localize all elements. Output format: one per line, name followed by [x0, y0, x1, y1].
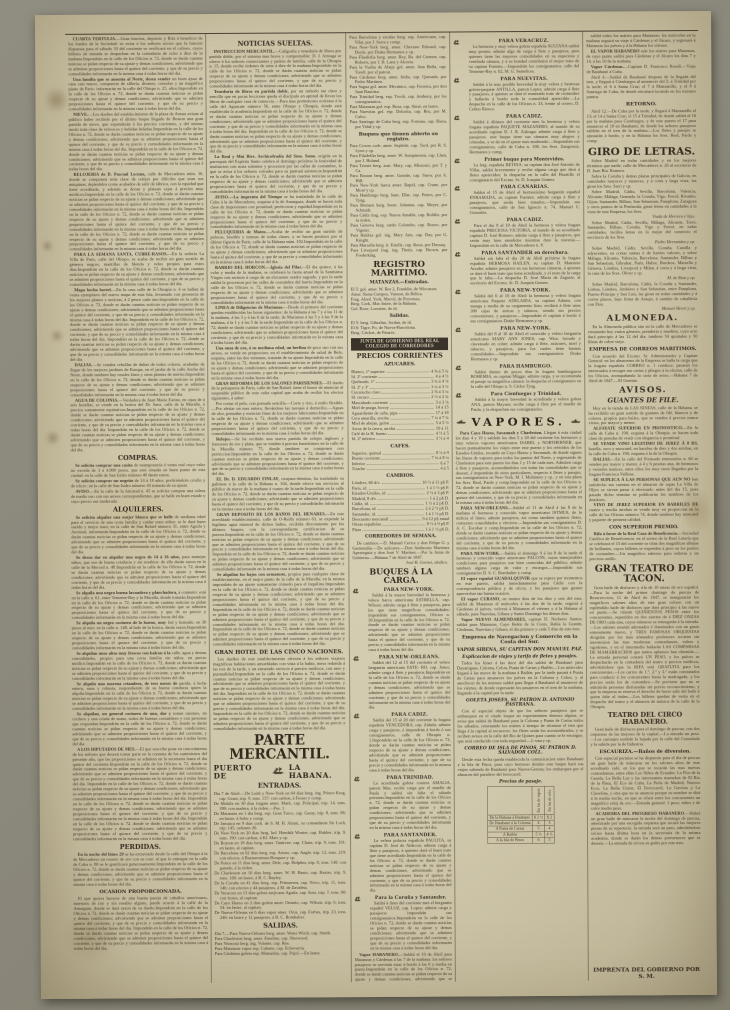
fares-header-row: En los de vapor.En los de vela. [487, 786, 554, 815]
body-paragraph: Sobre Madrid, Cádiz, Sevilla, Barcelona,… [587, 189, 697, 219]
column-text-flow: CUARTA TERTULIA.—Gran funcion, depósito … [68, 36, 208, 984]
filler-text: Impondrán en la calle de los Oficios n. … [370, 915, 452, 950]
ship-advertisement: PARA CADIZ.Saldrá á últimos del corrient… [453, 113, 579, 155]
ship-ad-body: PARA CADIZ.Saldrá del 15 al 20 del corri… [368, 712, 450, 773]
body-paragraph: Gran baile de disfraces para el domingo … [590, 727, 700, 748]
fox-spot [46, 430, 60, 446]
body-paragraph: El vapor español GUADALQUIVIR que se esp… [456, 576, 582, 597]
body-paragraph: Se alquila un negro cocinero de lo bueno… [72, 620, 207, 651]
ship-ad-body: PARA CADIZ.Para el dia 8 al 10 de Abril … [469, 217, 580, 249]
filler-text: Impondrán en la calle de los Oficios n. … [368, 737, 450, 772]
list-item: Berg. Cricket, de Panzós. [350, 330, 447, 336]
ship-ad-body: PARA SANTANDER.La velera polacra español… [369, 832, 451, 893]
ship-ad-body: PARA CANARIAS.Saldrá el 15 de Abril el h… [469, 184, 580, 216]
paragraph-text: —Habrá un gran baile de máscaras la noch… [590, 810, 700, 845]
price-list: Superior, quintal8 ½ á 9Bueno corriente7… [351, 450, 448, 471]
body-paragraph: SE SUPLICA Á LAS PERSONAS QUE AUN NO han… [588, 477, 698, 503]
body-paragraph: Los dueños de este establecimiento ofrec… [213, 656, 345, 731]
sailing-ship-icon [453, 38, 467, 74]
section-header: NOTICIAS SUELTAS. [210, 40, 342, 48]
list-item: Para Liverpool frag. ing. Thetis, cap. B… [350, 247, 447, 258]
dot-leader [375, 379, 429, 383]
column-layout: CUARTA TERTULIA.—Gran funcion, depósito … [65, 31, 704, 984]
paragraph-text: Saldrá dentro de pocos dias la fragata h… [470, 368, 580, 389]
dot-leader [366, 460, 438, 464]
page-content-frame: CUARTA TERTULIA.—Gran funcion, depósito … [65, 30, 704, 984]
body-paragraph: ALFAYATE SUPERIOR EN PRONOSTICO.—En la c… [588, 426, 697, 442]
section-header: MATANZAS.—Entradas. [350, 280, 447, 285]
dot-leader [387, 490, 424, 494]
vapores-title: VAPORES. [471, 415, 565, 429]
ship-ad-body: PARA NEW-YORK.Saldrá á la mayor brevedad… [368, 586, 450, 652]
filler-text: Impondrán en la calle de los Oficios n. … [213, 531, 345, 572]
paragraph-text: Gran baile de disfraces para el domingo … [590, 726, 699, 747]
sailing-ship-icon [353, 712, 367, 773]
filler-text: Impondrán en la calle de los Oficios n. … [213, 581, 345, 646]
ship-advertisement: PARA CADIZ.Para el dia 8 al 10 de Abril … [454, 217, 580, 249]
body-paragraph: De cambios.—D. Manuel Cerice y don Felip… [352, 540, 449, 565]
steamship-icon [570, 419, 581, 425]
ship-advertisement: PARA NEW-ORLEANS.Saldrá del 12 al 15 del… [352, 654, 450, 710]
section-header: GOLETA JOSEFA, SU PATRON D. ANTONIO PAST… [457, 698, 583, 708]
filler-text: Impondrán en la calle de los Oficios n. … [72, 690, 207, 711]
body-paragraph: Sobre Madrid, Barcelona, Cádiz, la Coruñ… [587, 281, 697, 311]
price-label: Triache [351, 466, 364, 471]
ship-ad-text: Saldrá del 15 al 20 del corriente la fra… [368, 718, 450, 773]
body-paragraph: Se desea dar en alquiler una negra de 14… [71, 555, 206, 591]
section-header: REGISTRO MARITIMO. [350, 260, 447, 278]
dot-leader [376, 436, 434, 440]
paragraph-text: Sobre Madrid, Barcelona, Cádiz, la Coruñ… [587, 281, 696, 307]
paragraph-text: Con el especial objeto de que los señore… [457, 708, 583, 744]
paragraph-text: Hoy en la tienda de LAS NINFAS, calle de… [588, 405, 697, 426]
price-value: 3 ½ á 4 [435, 436, 448, 441]
section-header: CORREO DE ISLA DE PINOS, SU PATRON D. SA… [457, 746, 583, 756]
body-paragraph: Sobre Madrid en todas cantidades y en lo… [586, 158, 695, 174]
ship-ad-body: PARA NEW-YORK.Saldrá del 8 al 10 de Abri… [470, 325, 581, 361]
dot-leader [366, 466, 438, 470]
printer-imprint-line: IMPRENTA DEL GOBIERNO POR S. M. [591, 966, 700, 980]
ship-advertisement: PARA VERACRUZ.La hermosa y muy velera go… [453, 38, 579, 75]
fares-cell: 5 [544, 837, 554, 843]
column-text-flow: NOTICIAS SUELTAS.INSTRUCCION MERCANTIL.—… [210, 40, 348, 983]
paragraph-text: Con acuerdo del Excmo. Sr. Administrador… [588, 353, 698, 384]
paragraph-text: Sobre Madrid en todas cantidades y en lo… [587, 158, 696, 174]
sailing-ship-icon [352, 587, 366, 653]
section-header: Salidas. [350, 314, 447, 319]
price-row: Id. 2ª inferior3 ½ á 4 [351, 436, 448, 442]
dot-leader [382, 450, 434, 454]
body-paragraph: VINO DE JEREZ SUPERIOR EN BARRILES DE cu… [589, 502, 699, 523]
body-paragraph: PARA LA SEMANA SANTA, CUBRE-RASOS.—En la… [69, 252, 204, 288]
body-paragraph: Vapor HABANERO.—Saldrá el 10 de Abril pa… [354, 952, 451, 982]
body-paragraph: La Real y Mui Iltre. Archicofradía del S… [210, 154, 342, 195]
ship-ad-text: Saldrá á últimos del corriente mes la he… [469, 119, 580, 154]
filler-text: Impondrán en la calle de los Oficios n. … [68, 55, 203, 76]
list-item: Gol. Rose, Lorraine, de id. [350, 306, 447, 312]
section-header: PRECIOS CORRIENTES [351, 352, 448, 359]
dot-leader [390, 420, 434, 424]
body-paragraph: Sobre Madrid, Cádiz, Sevilla, Málaga, Al… [587, 220, 697, 246]
filler-text: Impondrán en la calle de los Oficios n. … [210, 108, 342, 154]
ship-ad-text: Saldrá dentro de pocos dias la fragata h… [470, 369, 581, 390]
ship-ad-text: La velera polacra española PAULITA, su c… [369, 838, 451, 893]
paragraph-text: cuatro y media arrobas se vende muy en p… [589, 507, 698, 523]
ship-advertisement: PARA NEW-YORK.Saldrá del 6 al 10 de Abri… [454, 287, 580, 324]
filler-text: Impondrán en la calle de los Oficios n. … [369, 852, 451, 892]
port-of-havana-header: PUERTO DELA HABANA. [214, 763, 346, 780]
list-item: De Nueva-Orleans en 6 dias vapor amer. O… [215, 910, 347, 921]
body-paragraph: Gran baile de disfraces y rifa de 10 onz… [589, 585, 699, 710]
ship-ad-text: La frag. española BETINA, su capitan don… [469, 162, 580, 183]
ship-ad-text: Saldrá á fines del corriente mes el berg… [369, 901, 451, 951]
sailing-ship-icon [455, 364, 469, 390]
newspaper-column-1: CUARTA TERTULIA.—Gran funcion, depósito … [65, 34, 212, 984]
section-header: EMPRESA DE CORREOS MARITIMOS. [588, 347, 697, 353]
dot-leader [389, 516, 420, 520]
fares-header-cell: En los de vela. [544, 786, 554, 815]
dot-leader [370, 501, 423, 505]
paragraph-text: Saldrá el 15 de Abril el hermosísimo ber… [469, 189, 579, 215]
section-header: Precios de pasaje. [457, 779, 583, 784]
ship-ad-text: Para el dia 8 al 10 de Abril la hermosa … [469, 223, 580, 249]
body-paragraph: PARA NEW-ORLEANS.—Saldrá el 11 de Abril … [456, 505, 582, 550]
sailing-ship-icon [454, 217, 468, 248]
section-header: ALMONEDA. [587, 314, 696, 324]
ship-advertisement: PARA CADIZ.Saldrá del 15 al 20 del corri… [353, 712, 451, 773]
paragraph-text: Sobre la Coruña y demas plazas principal… [587, 173, 696, 189]
section-header: ESCAURIZA.—Baños de diversion. [590, 749, 699, 755]
section-header: GIRO DE LETRAS. [586, 146, 695, 158]
body-paragraph: Una onza de oro, ó su mediana edad, un b… [211, 345, 343, 381]
paragraph-text: Sobre Madrid, Cádiz, Sevilla, Málaga, Al… [587, 219, 696, 240]
dot-leader [390, 405, 434, 409]
paragraph-text: Desde esta fecha queda establecida la co… [457, 756, 583, 777]
dot-leader [369, 384, 429, 388]
body-paragraph: Por cortar el pelo, con pomada sencilla.… [212, 401, 344, 437]
body-paragraph: GRAN DEPOSITO DE LOS BAÑOS DEL HENARES.—… [213, 512, 345, 572]
dot-leader [381, 389, 429, 393]
body-paragraph: ACADEMIA DEL PROGRESO HABANERO.—Habrá un… [590, 811, 700, 846]
body-paragraph: Se solicita comprar una casita de mampos… [71, 463, 206, 479]
paragraph-text: Abril 12.—De Cuba por la tarde, y llegar… [586, 108, 696, 143]
newspaper-column-2: NOTICIAS SUELTAS.INSTRUCCION MERCANTIL.—… [207, 33, 352, 983]
dot-leader [382, 521, 424, 525]
body-paragraph: NIEVE.—Los dueños del establecimiento de… [69, 112, 204, 172]
ship-advertisement: PARA NEW-YORK.Saldrá á la mayor brevedad… [352, 586, 450, 652]
dot-leader [390, 415, 430, 419]
section-header: RETORNO. [586, 102, 695, 108]
newspaper-column-3: Para Barcelona y escalas berg. esp. Amer… [346, 33, 456, 983]
ship-ad-text: Saldrá á la mayor brevedad la hermosa y … [368, 592, 450, 652]
sailing-ship-icon [455, 326, 469, 362]
ship-ad-text: Saldrá el 15 de Abril el hermosísimo ber… [469, 190, 580, 216]
sailing-ship-icon [454, 157, 468, 183]
fares-cell: 4 ½ [544, 832, 554, 838]
section-header: GUANTES DE FILE. [588, 397, 697, 404]
body-paragraph: Con acuerdo del Excmo. Sr. Administrador… [588, 353, 698, 383]
ship-advertisement: PARA SANTANDER en derechura.Saldrá sin f… [454, 250, 580, 287]
dot-leader [378, 506, 424, 510]
sailing-ship-icon [353, 775, 367, 831]
body-paragraph: El que quiera hacerse de una buena parej… [73, 896, 208, 951]
filler-text: Impondrán en la calle de los Oficios n. … [70, 266, 205, 287]
section-header: PARTE MERCANTIL. [214, 733, 346, 762]
paragraph-text: Saldrá á últimos del corriente mes la he… [469, 119, 580, 154]
price-value: 4 á 5 [440, 466, 449, 471]
steamship-icon [456, 419, 467, 425]
price-list: Lóndres, 60 d/v.10 ½ á 11 p§ P.Paris, id… [351, 480, 449, 532]
ship-ad-body: PARA NUEVITAS.Saldrá á la mas posible br… [469, 76, 580, 112]
body-paragraph: Con especial permiso se ha dispuesto par… [590, 756, 700, 811]
paragraph-text: —Sociedad Católica de Beneficencia: en e… [589, 531, 699, 562]
body-paragraph: Mapa hecho bortel.—En la casa calle de l… [70, 287, 205, 362]
section-header: AVISOS. [588, 386, 697, 396]
harbor-ship-vignette-icon [271, 767, 286, 777]
ship-advertisement: PARA NUEVITAS.Saldrá á la mas posible br… [453, 76, 579, 113]
body-paragraph: Desde esta fecha queda establecida la co… [457, 757, 583, 778]
body-paragraph: Con el especial objeto de que los señore… [457, 708, 583, 744]
section-header: COMPRAS. [71, 454, 206, 462]
ship-advertisement: Primer buque para Montevideo.La frag. es… [454, 156, 580, 183]
paragraph-text: saldrá todos los mártes para Matanzas; l… [586, 33, 695, 49]
dot-leader [398, 410, 433, 414]
body-paragraph: Sobre la Coruña y demas plazas principal… [587, 174, 696, 190]
body-paragraph: CUARTA TERTULIA.—Gran funcion, depósito … [68, 36, 203, 77]
body-paragraph: Teneduría de libros en partida doble, po… [210, 89, 342, 154]
fares-header-cell: En los de vapor. [532, 786, 545, 815]
sailing-ship-icon [354, 833, 368, 894]
ship-ad-body: PARA VERACRUZ.La hermosa y muy velera go… [468, 38, 579, 74]
paragraph-text: Saldrá del 6 al 10 de Abril la hermosa y… [470, 293, 581, 324]
body-paragraph: DALIAS.—En la calle del Prensado entresu… [588, 457, 698, 478]
body-paragraph: Vapor Cárdenas.—Capitan D. Francisco Ros… [586, 64, 695, 75]
body-paragraph: Se alquilan los bajos con armatoste, pro… [213, 572, 345, 647]
filler-text: Impondrán en la calle de los Oficios n. … [369, 795, 451, 830]
body-paragraph: EL VAPOR HABANERO sale los mártes para M… [586, 48, 695, 64]
section-header: Explicacion de viajes y tarifa de fletes… [457, 654, 583, 659]
body-paragraph: DALIAS.—Se venden cebollas de dalias de … [70, 362, 205, 398]
body-paragraph: Se alquila una negra buena lavandera y p… [72, 590, 207, 621]
body-paragraph: saldrá todos los mártes para Matanzas; l… [586, 33, 695, 49]
section-header: TEATRO DEL CIRCO HABANERO. [590, 712, 699, 726]
body-paragraph: Relojes.—Se ha recibido una nueva partid… [212, 436, 344, 477]
paragraph-text: De cambios.—D. Manuel Cerice y don Felip… [352, 540, 449, 560]
body-paragraph: Se alquilan, un general cocinero de una,… [72, 711, 207, 747]
section-header: Empresa de Navegacion y Comercio en la C… [456, 634, 582, 645]
column-text-flow: Para Barcelona y escalas berg. esp. Amer… [349, 35, 452, 983]
body-paragraph: Se solicita alquilar una mujer blanca qu… [71, 514, 206, 555]
filler-text: Impondrán en la calle de los Oficios n. … [73, 761, 208, 841]
section-header: ALQUILERES. [71, 506, 206, 514]
paragraph-text: botella, seco y moscatel, en barriles de… [588, 446, 697, 457]
dot-leader [381, 455, 430, 459]
body-paragraph: GRAN REFORMA DE LOS SALONES PARISIENSES.… [212, 380, 344, 401]
newspaper-page: CUARTA TERTULIA.—Gran funcion, depósito … [35, 11, 717, 999]
price-label: Plata [352, 527, 361, 532]
sailing-ship-icon [453, 76, 467, 112]
sailing-ship-icon [354, 895, 368, 951]
filler-text: Impondrán en la calle de los Oficios n. … [69, 126, 204, 172]
body-paragraph: BARRIO DEL HORCON.—Iglesia del Pilar.—El… [211, 265, 343, 306]
paragraph-text: La hermosa y muy velera goleta española … [468, 43, 579, 74]
ship-ad-body: PARA HAMBURGO.Saldrá dentro de pocos dia… [470, 363, 581, 390]
ship-advertisement: Para la Coruña y Santander.Saldrá á fine… [354, 895, 452, 951]
fares-row: A la Isla de Pinos65 [487, 837, 554, 843]
body-paragraph: PARA NEW-YORK.—Saldrá el domingo 9 á las… [456, 551, 582, 577]
paragraph-text: En la Almoneda pública sita en la calle … [588, 324, 697, 345]
sailing-ship-icon [455, 392, 469, 413]
signature: Manuel Henri y cp. [587, 306, 695, 312]
body-paragraph: Una familia que se ausenta al Norte, des… [68, 76, 203, 112]
fares-cell: $ 2 ½ [532, 815, 545, 821]
dot-leader [368, 485, 424, 489]
paragraph-text: Sobre Madrid, Cádiz, Sevilla, Barcelona,… [587, 188, 696, 214]
filler-text: Impondrán en la calle de los Oficios n. … [69, 191, 204, 251]
ship-ad-text: Saldrá del 6 al 10 de Abril la hermosa y… [470, 293, 581, 323]
body-paragraph: LINEA de Diligencias de Marianao.—Desde … [211, 305, 343, 346]
fox-spot [42, 240, 52, 252]
section-header: CAMBIOS. [351, 473, 448, 479]
ship-advertisement: Para Cienfuegos y Trinidad.Saldrá á la m… [455, 391, 581, 413]
sailing-ship-icon [454, 185, 468, 216]
ship-ad-text: La acreditada goleta costera AMALIA, pat… [369, 780, 451, 830]
filler-text: Impondrán en la calle de los Oficios n. … [73, 905, 208, 951]
body-paragraph: AGUA DE COLONIA.—Verdadera de Juan María… [70, 397, 205, 452]
filler-text: Impondrán en la calle de los Oficios n. … [214, 670, 346, 730]
paragraph-text: Saldrá á la mas posible brevedad la muy … [469, 81, 580, 112]
section-header: BUQUES Á LA CARGA. [352, 568, 449, 585]
price-list: Blanco, 1ª superior4 ⅝ á 5 ¾Id. 2ª corri… [351, 368, 449, 441]
ship-ad-body: PARA NEW-ORLEANS.Saldrá del 12 al 15 del… [368, 654, 450, 710]
fares-header-cell [487, 786, 532, 815]
ship-ad-body: PARA SANTANDER en derechura.Saldrá sin f… [470, 250, 581, 286]
paragraph-text: Saldrá á la mayor brevedad la acreditada… [471, 396, 581, 412]
signature: José B. Gornet, síndico. [352, 560, 448, 566]
paragraph-text: Con especial permiso se ha dispuesto par… [590, 755, 700, 810]
price-value: 1 á 1 ½ p§ D. [425, 526, 449, 531]
section-header: GRAN TEATRO DE TACON. [589, 563, 699, 584]
filler-text: Impondrán en la calle de los Oficios n. … [368, 617, 450, 652]
ship-ad-body: Para la Coruña y Santander.Saldrá á fine… [369, 895, 451, 951]
dot-leader [378, 374, 433, 378]
filler-text: Impondrán en la calle de los Oficios n. … [70, 296, 205, 361]
sailing-ship-icon [352, 655, 366, 711]
body-paragraph: En la Almoneda pública sita en la calle … [587, 324, 697, 345]
price-row: Plata1 á 1 ½ p§ D. [352, 526, 449, 532]
dot-leader [396, 425, 434, 429]
ship-advertisement: PARA CANARIAS.Saldrá el 15 de Abril el h… [454, 184, 580, 216]
body-paragraph: Hoy en la tienda de LAS NINFAS, calle de… [588, 405, 698, 426]
newspaper-column-5: saldrá todos los mártes para Matanzas; l… [583, 31, 704, 981]
ship-ad-text: La hermosa y muy velera goleta española … [468, 44, 579, 74]
body-paragraph: Para Cayo Hueso, Savannah y Charleston. … [455, 430, 581, 505]
inverted-banner: JUNTA DE GOBIERNO DEL REAL COLEGIO DE CO… [350, 337, 447, 350]
ship-ad-body: Primer buque para Montevideo.La frag. es… [469, 156, 580, 183]
stain [45, 85, 67, 115]
vapores-header: VAPORES. [455, 415, 581, 429]
section-header: SALIDAS. [215, 922, 347, 930]
body-paragraph: Se alquila una morena criandera, de tres… [72, 681, 207, 712]
filler-text: Impondrán en la calle de los Oficios n. … [212, 451, 344, 477]
dot-leader [386, 368, 429, 372]
section-header: Buques que tienen abierto su registro. [349, 131, 446, 142]
section-header: GRAN HOTEL DE LAS CINCO NACIONES. [213, 649, 345, 656]
ship-ad-text: Saldrá á la mas posible brevedad la muy … [469, 82, 580, 112]
price-label: Id. 2ª inferior [351, 436, 375, 441]
dot-leader [381, 480, 420, 484]
dot-leader [370, 394, 429, 398]
newspaper-column-4: PARA VERACRUZ.La hermosa y muy velera go… [450, 32, 589, 982]
price-row: Triache4 á 5 [351, 466, 448, 472]
fares-cell: 6 [532, 837, 545, 843]
scan-background: CUARTA TERTULIA.—Gran funcion, depósito … [0, 0, 730, 1010]
sailing-ship-icon [454, 288, 468, 324]
section-header: CAFES. [351, 443, 448, 449]
body-paragraph: AVISO.—La imprenta del Tiempo se ha tras… [211, 194, 343, 230]
filler-text: Impondrán en la calle de los Oficios n. … [354, 966, 451, 982]
fares-table: En los de vapor.En los de vela.De la Hab… [487, 786, 554, 844]
puerto-left-text: PUERTO DE [214, 764, 267, 781]
body-paragraph: PELUQUERIA de Mateo.—Acaba de recibir un… [211, 229, 343, 265]
section-header: ENTRADAS. [214, 782, 346, 790]
puerto-right-text: LA HABANA. [289, 763, 346, 780]
section-header: PERDIDAS. [73, 843, 208, 851]
paragraph-text: Saldrá sin falta el dia 20 de Abril próx… [470, 255, 581, 286]
filler-text: Impondrán en la calle de los Oficios n. … [70, 407, 205, 453]
body-paragraph: RELOJERIA de D. Pascual Lecuna, calle de… [69, 172, 204, 252]
sailing-ship-icon [454, 250, 468, 286]
dot-leader [378, 495, 428, 499]
fares-cell: A la Isla de Pinos [487, 837, 532, 843]
ship-advertisement: PARA SANTANDER.La velera polacra español… [354, 832, 452, 893]
ship-advertisement: PARA NEW-YORK.Saldrá del 8 al 10 de Abri… [455, 325, 581, 362]
ship-ad-text: Saldrá del 8 al 10 de Abril el conocido … [470, 331, 581, 361]
body-paragraph: EL Dr. D. EDUARDO FINLAY, cirujano-denti… [212, 476, 344, 512]
filler-text: Impondrán en la calle de los Oficios n. … [368, 670, 450, 710]
paragraph-text: Para el dia 8 al 10 de Abril la hermosa … [469, 222, 579, 248]
body-paragraph: En la noche del lúnes 29 se ha extraviad… [73, 852, 208, 888]
body-paragraph: AVISO.—En la calle de la Amistad n. 45 s… [71, 489, 206, 505]
ship-ad-text: Saldrá á la mayor brevedad la acreditada… [471, 397, 581, 413]
ship-advertisement: PARA HAMBURGO.Saldrá dentro de pocos dia… [455, 363, 581, 390]
dot-leader [389, 400, 433, 404]
ship-advertisement: PARA TRINIDAD.La acreditada goleta coste… [353, 774, 451, 830]
paragraph-text: Gran baile de disfraces y rifa de 10 onz… [589, 584, 699, 709]
ship-ad-body: PARA TRINIDAD.La acreditada goleta coste… [369, 774, 451, 830]
body-paragraph: El vapor CUBANO, en menos dias de los di… [456, 596, 582, 617]
section-header: AZUCARES. [351, 362, 448, 368]
paragraph-text: —En la calle de la Amistad n. 45 se soli… [71, 488, 205, 504]
dot-leader [362, 527, 424, 531]
body-paragraph: INSTRUCCION MERCANTIL.—Caligrafía y tene… [210, 49, 342, 90]
section-header: CON SUPERIOR PREMIO. [589, 525, 698, 531]
paragraph-text: Llegan á esta ciudad los dias 4 y 19 y s… [455, 430, 581, 485]
body-paragraph: Abril 4.—Saldrá de Batabanó despues de l… [586, 74, 696, 100]
section-header: CORREDORES DE SEMANA. [352, 534, 449, 539]
column-text-flow: PARA VERACRUZ.La hermosa y muy velera go… [453, 38, 585, 982]
body-paragraph: Se alquilan unos altos muy frescos con b… [72, 650, 207, 681]
fox-spot [51, 330, 63, 342]
dot-leader [388, 431, 434, 435]
body-paragraph: Rifa á favor de la Real Casa de Benefice… [589, 531, 699, 561]
sailing-ship-icon [453, 114, 467, 155]
column-text-flow: saldrá todos los mártes para Matanzas; l… [586, 33, 701, 981]
dot-leader [377, 511, 423, 515]
body-paragraph: Vapor NUEVO ALMENDARES, capitan D. Norbe… [456, 617, 582, 633]
ship-ad-body: PARA NEW-YORK.Saldrá del 6 al 10 de Abri… [470, 287, 581, 323]
body-paragraph: Sobre Madrid, Cádiz, Sevilla, Coruña, Ca… [587, 246, 697, 281]
